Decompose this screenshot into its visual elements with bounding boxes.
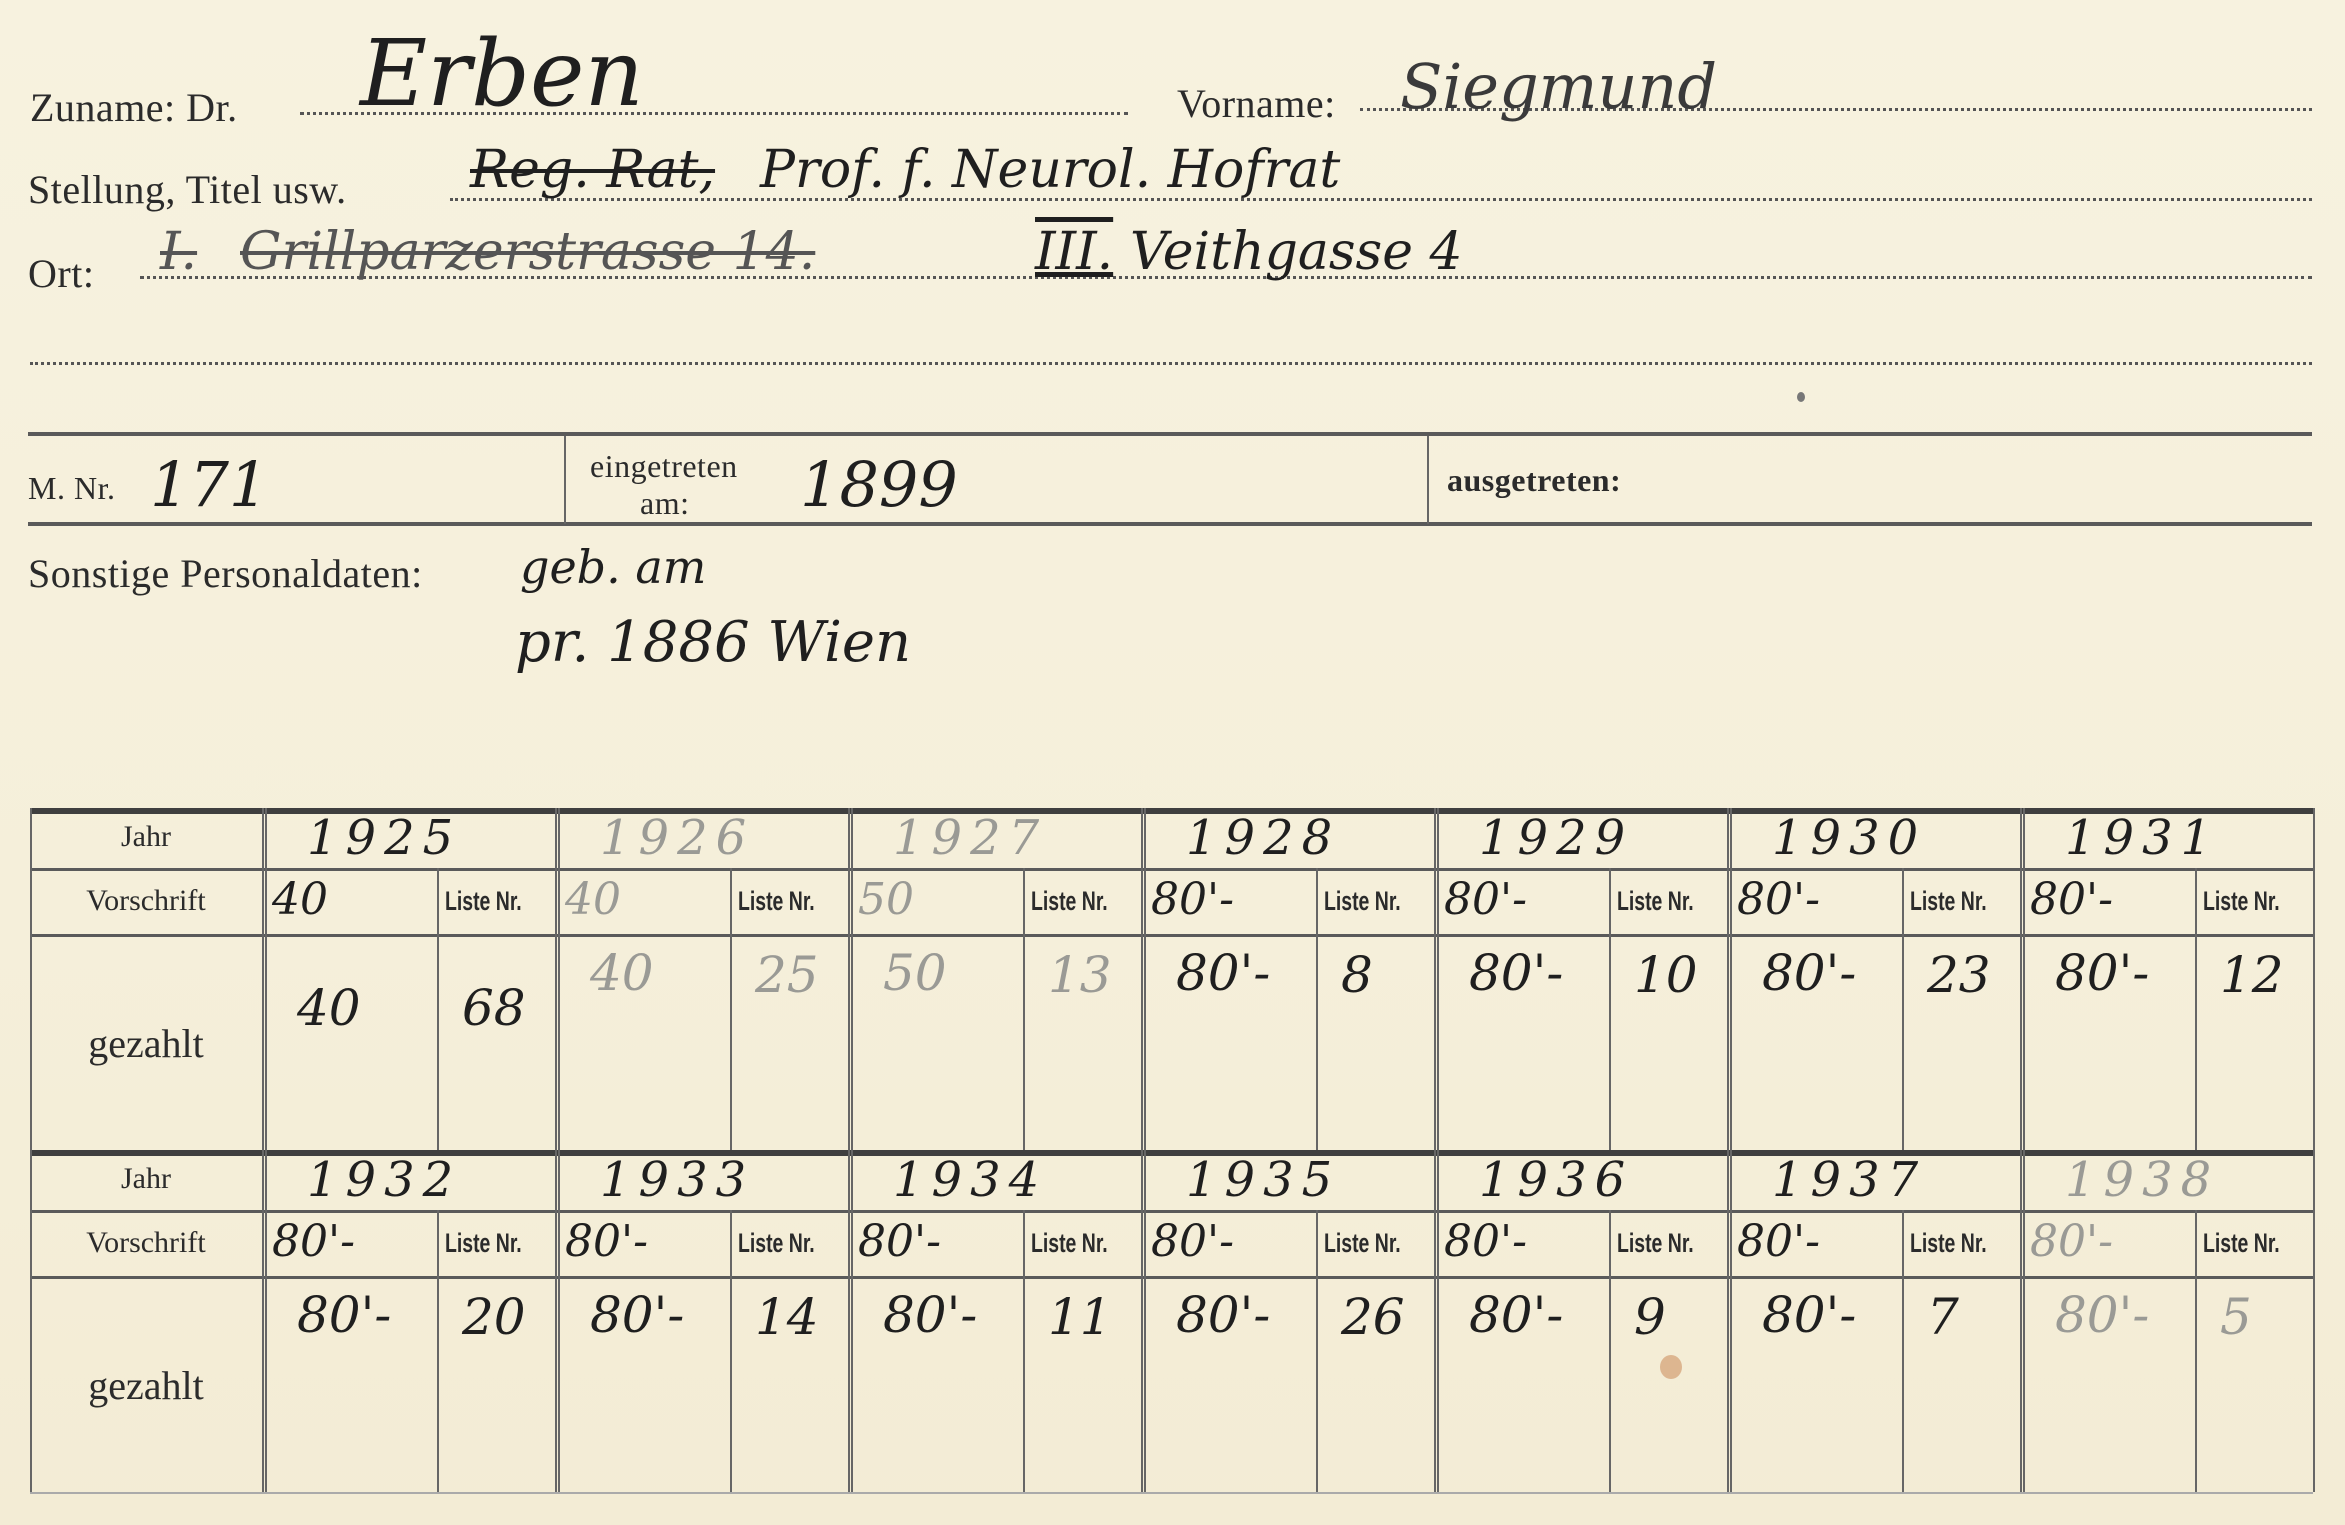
year-divider (2020, 808, 2025, 1150)
year-value: 1928 (1186, 810, 1340, 866)
gezahlt-value: 80'- (1762, 944, 1856, 1002)
year-value: 1933 (600, 1152, 754, 1208)
stellung-line (450, 198, 2312, 201)
liste-divider (437, 868, 439, 1150)
stellung-label: Stellung, Titel usw. (28, 166, 347, 213)
year-value: 1927 (893, 810, 1047, 866)
liste-label: Liste Nr. (445, 886, 522, 917)
year-value: 1936 (1479, 1152, 1633, 1208)
year-value: 1938 (2065, 1152, 2219, 1208)
liste-value: 23 (1927, 946, 1991, 1004)
liste-value: 68 (462, 979, 526, 1037)
liste-value: 26 (1341, 1288, 1405, 1346)
liste-label: Liste Nr. (445, 1228, 522, 1259)
mnr-bottom-rule (28, 522, 2312, 526)
liste-divider (1609, 868, 1611, 1150)
gezahlt-value: 80'- (1469, 1286, 1563, 1344)
liste-value: 12 (2220, 946, 2284, 1004)
vorschrift-value: 80'- (565, 1216, 648, 1267)
liste-divider (437, 1210, 439, 1492)
vorschrift-value: 40 (272, 874, 328, 925)
eingetreten-label: eingetreten (590, 448, 738, 485)
liste-label: Liste Nr. (1324, 886, 1401, 917)
gezahlt-value: 80'- (2055, 944, 2149, 1002)
gezahlt-label: gezahlt (30, 1020, 262, 1067)
vorschrift-label: Vorschrift (30, 1226, 262, 1260)
liste-divider (1902, 868, 1904, 1150)
table-vorschrift-rule (30, 1276, 2313, 1279)
vorschrift-value: 80'- (1151, 1216, 1234, 1267)
year-value: 1925 (307, 810, 461, 866)
liste-divider (1316, 868, 1318, 1150)
liste-label: Liste Nr. (1617, 886, 1694, 917)
liste-value: 13 (1048, 946, 1112, 1004)
zuname-label: Zuname: Dr. (30, 84, 238, 131)
table-bottom-rule (30, 1492, 2313, 1494)
mnr-divider-2 (1427, 436, 1429, 524)
vorname-value: Siegmund (1400, 50, 1717, 123)
zuname-value: Erben (360, 20, 644, 127)
year-divider (1434, 808, 1439, 1150)
liste-label: Liste Nr. (738, 1228, 815, 1259)
table-jahr-rule (30, 868, 2313, 871)
liste-divider (730, 868, 732, 1150)
vorschrift-value: 80'- (2030, 1216, 2113, 1267)
liste-label: Liste Nr. (1031, 886, 1108, 917)
gezahlt-value: 80'- (883, 1286, 977, 1344)
liste-value: 9 (1634, 1288, 1666, 1346)
member-index-card: Zuname: Dr. Erben Vorname: Siegmund Stel… (0, 0, 2345, 1525)
liste-label: Liste Nr. (2203, 1228, 2280, 1259)
liste-value: 20 (462, 1288, 526, 1346)
vorschrift-value: 80'- (1444, 874, 1527, 925)
blank-line (30, 362, 2312, 365)
ink-dot (1797, 392, 1805, 402)
eingetreten-am-label: am: (640, 485, 689, 522)
liste-label: Liste Nr. (1617, 1228, 1694, 1259)
year-divider (555, 1150, 560, 1492)
liste-label: Liste Nr. (1031, 1228, 1108, 1259)
vorname-label: Vorname: (1177, 80, 1336, 127)
year-divider (1141, 808, 1146, 1150)
gezahlt-value: 80'- (1762, 1286, 1856, 1344)
ort-district: III. (1035, 222, 1113, 282)
table-right-border (2313, 808, 2315, 1150)
gezahlt-value: 40 (590, 944, 654, 1002)
eingetreten-value: 1899 (800, 448, 958, 521)
vorschrift-value: 80'- (1737, 874, 1820, 925)
liste-value: 5 (2220, 1288, 2252, 1346)
vorschrift-value: 80'- (272, 1216, 355, 1267)
liste-divider (1023, 868, 1025, 1150)
table-left-border (30, 808, 32, 1150)
liste-divider (1023, 1210, 1025, 1492)
year-value: 1930 (1772, 810, 1926, 866)
year-divider (1434, 1150, 1439, 1492)
year-value: 1935 (1186, 1152, 1340, 1208)
vorschrift-value: 80'- (858, 1216, 941, 1267)
year-value: 1932 (307, 1152, 461, 1208)
mnr-value: 171 (150, 448, 268, 521)
vorschrift-value: 80'- (1444, 1216, 1527, 1267)
vorschrift-value: 50 (858, 874, 914, 925)
year-divider (2020, 1150, 2025, 1492)
year-divider (1727, 1150, 1732, 1492)
ausgetreten-label: ausgetreten: (1447, 462, 1621, 499)
liste-label: Liste Nr. (1324, 1228, 1401, 1259)
liste-value: 25 (755, 946, 819, 1004)
liste-value: 8 (1341, 946, 1373, 1004)
liste-divider (730, 1210, 732, 1492)
year-divider (555, 808, 560, 1150)
table-left-border (30, 1150, 32, 1492)
liste-value: 7 (1927, 1288, 1959, 1346)
vorschrift-value: 40 (565, 874, 621, 925)
vorschrift-label: Vorschrift (30, 884, 262, 918)
year-value: 1926 (600, 810, 754, 866)
year-value: 1929 (1479, 810, 1633, 866)
sonstige-line-1: geb. am (520, 540, 706, 594)
liste-value: 14 (755, 1288, 819, 1346)
ort-label: Ort: (28, 250, 94, 297)
liste-label: Liste Nr. (2203, 886, 2280, 917)
stain-mark (1660, 1355, 1682, 1379)
gezahlt-value: 80'- (1176, 1286, 1270, 1344)
year-divider (848, 808, 853, 1150)
vorschrift-value: 80'- (1737, 1216, 1820, 1267)
sonstige-line-2: pr. 1886 Wien (515, 610, 911, 675)
liste-value: 10 (1634, 946, 1698, 1004)
vorschrift-value: 80'- (1151, 874, 1234, 925)
liste-divider (1609, 1210, 1611, 1492)
liste-value: 11 (1048, 1288, 1112, 1346)
ort-struck-district: I. (160, 222, 197, 282)
year-divider (1141, 1150, 1146, 1492)
year-value: 1937 (1772, 1152, 1926, 1208)
gezahlt-value: 80'- (590, 1286, 684, 1344)
ort-struck-value: Grillparzerstrasse 14. (240, 222, 815, 282)
gezahlt-value: 80'- (297, 1286, 391, 1344)
jahr-label: Jahr (30, 1162, 262, 1196)
mnr-divider-1 (564, 436, 566, 524)
table-jahr-rule (30, 1210, 2313, 1213)
jahr-label: Jahr (30, 820, 262, 854)
gezahlt-value: 80'- (2055, 1286, 2149, 1344)
liste-label: Liste Nr. (738, 886, 815, 917)
stellung-value: Prof. f. Neurol. Hofrat (760, 140, 1340, 200)
table-right-border (2313, 1150, 2315, 1492)
table-vorschrift-rule (30, 934, 2313, 937)
mnr-label: M. Nr. (28, 470, 115, 507)
stellung-struck-value: Reg. Rat, (470, 140, 715, 200)
year-divider (848, 1150, 853, 1492)
gezahlt-label: gezahlt (30, 1362, 262, 1409)
liste-divider (2195, 868, 2197, 1150)
year-divider (262, 808, 267, 1150)
liste-label: Liste Nr. (1910, 1228, 1987, 1259)
gezahlt-value: 50 (883, 944, 947, 1002)
sonstige-label: Sonstige Personaldaten: (28, 550, 423, 597)
year-value: 1931 (2065, 810, 2219, 866)
liste-divider (1316, 1210, 1318, 1492)
mnr-top-rule (28, 432, 2312, 436)
gezahlt-value: 40 (297, 979, 361, 1037)
liste-divider (1902, 1210, 1904, 1492)
ort-value: Veithgasse 4 (1130, 222, 1463, 282)
year-divider (262, 1150, 267, 1492)
year-value: 1934 (893, 1152, 1047, 1208)
gezahlt-value: 80'- (1176, 944, 1270, 1002)
vorschrift-value: 80'- (2030, 874, 2113, 925)
liste-label: Liste Nr. (1910, 886, 1987, 917)
liste-divider (2195, 1210, 2197, 1492)
gezahlt-value: 80'- (1469, 944, 1563, 1002)
year-divider (1727, 808, 1732, 1150)
